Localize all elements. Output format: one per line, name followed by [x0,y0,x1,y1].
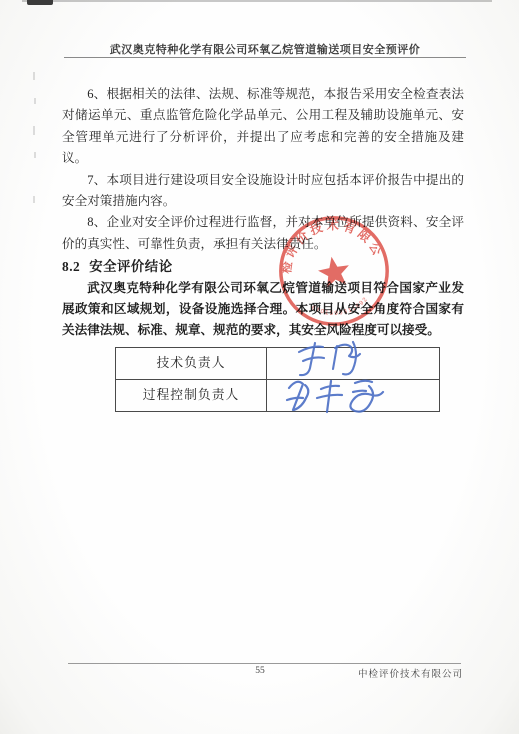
paragraph-7: 7、本项目进行建设项目安全设施设计时应包括本评价报告中提出的安全对策措施内容。 [62,170,464,213]
paragraph-8: 8、企业对安全评价过程进行监督，并对本单位所提供资料、安全评价的真实性、可靠性负… [62,212,464,255]
running-header-title: 武汉奥克特种化学有限公司环氧乙烷管道输送项目安全预评价 [65,41,465,57]
scan-artifact-dash [34,152,36,158]
footer-rule [68,663,461,664]
signature-table: 技术负责人 过程控制负责人 [115,347,440,412]
page-number: 55 [240,666,280,676]
document-page: 武汉奥克特种化学有限公司环氧乙烷管道输送项目安全预评价 6、根据相关的法律、法规… [0,0,519,734]
scan-artifact-dash [33,126,35,135]
section-title: 安全评价结论 [89,259,172,274]
scan-artifact-dash [34,98,36,104]
scan-artifact-top-line [22,0,492,2]
scan-artifact-dash [33,196,35,203]
footer-company: 中检评价技术有限公司 [358,666,463,680]
signature-cell-process [267,379,440,411]
paragraph-6: 6、根据相关的法律、法规、标准等规范，本报告采用安全检查表法对储运单元、重点监管… [62,84,464,170]
signature-strokes [287,381,383,412]
section-heading: 8.2安全评价结论 [62,256,464,277]
header-rule [64,57,466,58]
signature-strokes [299,342,360,375]
scan-artifact-blob [27,0,53,5]
table-row-process: 过程控制负责人 [116,379,440,411]
signature-process-image [275,372,393,420]
scan-artifact-dash [33,72,35,80]
conclusion-paragraph: 武汉奥克特种化学有限公司环氧乙烷管道输送项目符合国家产业发展政策和区域规划，设备… [62,278,464,342]
row-label-process: 过程控制负责人 [116,379,267,411]
document-body: 6、根据相关的法律、法规、标准等规范，本报告采用安全检查表法对储运单元、重点监管… [62,84,464,412]
row-label-technical: 技术负责人 [116,347,267,379]
section-number: 8.2 [62,259,80,274]
